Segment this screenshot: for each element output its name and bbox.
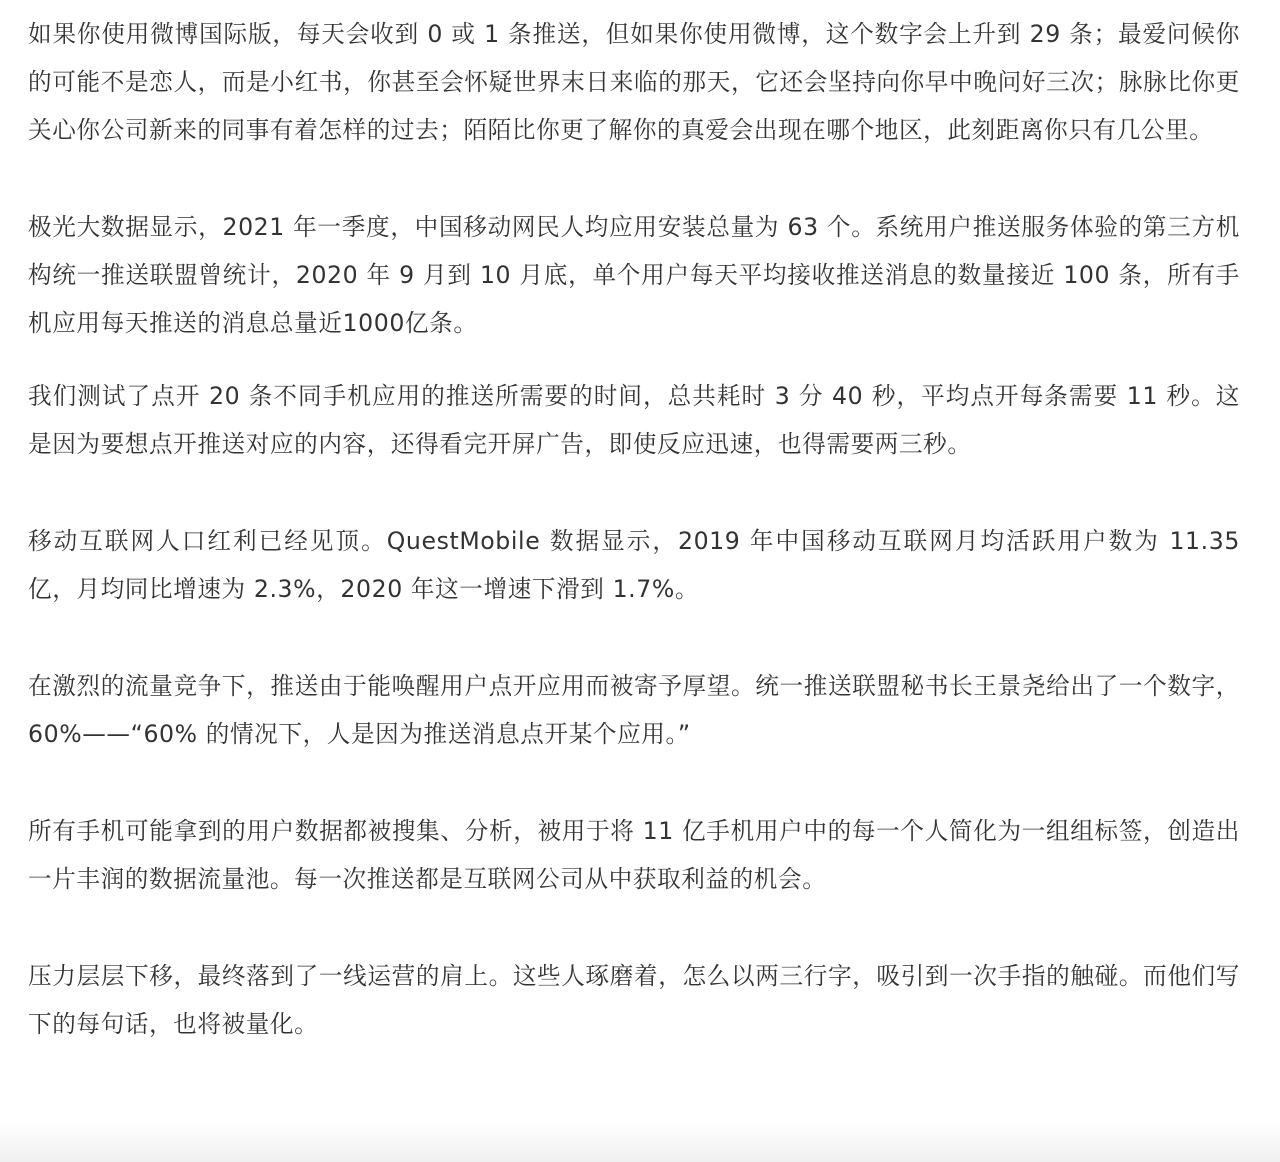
- article-paragraph-traffic-competition: 在激烈的流量竞争下，推送由于能唤醒用户点开应用而被寄予厚望。统一推送联盟秘书长王…: [28, 662, 1240, 758]
- article-body: 如果你使用微博国际版，每天会收到 0 或 1 条推送，但如果你使用微博，这个数字…: [28, 10, 1240, 1048]
- article-paragraph-operations-pressure: 压力层层下移，最终落到了一线运营的肩上。这些人琢磨着，怎么以两三行字，吸引到一次…: [28, 952, 1240, 1048]
- article-paragraph-user-growth: 移动互联网人口红利已经见顶。QuestMobile 数据显示，2019 年中国移…: [28, 517, 1240, 613]
- article-paragraph-push-statistics: 极光大数据显示，2021 年一季度，中国移动网民人均应用安装总量为 63 个。系…: [28, 203, 1240, 347]
- article-paragraph-weibo-push-count: 如果你使用微博国际版，每天会收到 0 或 1 条推送，但如果你使用微博，这个数字…: [28, 10, 1240, 154]
- bottom-fade-overlay: [0, 1122, 1280, 1162]
- article-paragraph-open-time-test: 我们测试了点开 20 条不同手机应用的推送所需要的时间，总共耗时 3 分 40 …: [28, 372, 1240, 468]
- article-paragraph-user-data-tags: 所有手机可能拿到的用户数据都被搜集、分析，被用于将 11 亿手机用户中的每一个人…: [28, 807, 1240, 903]
